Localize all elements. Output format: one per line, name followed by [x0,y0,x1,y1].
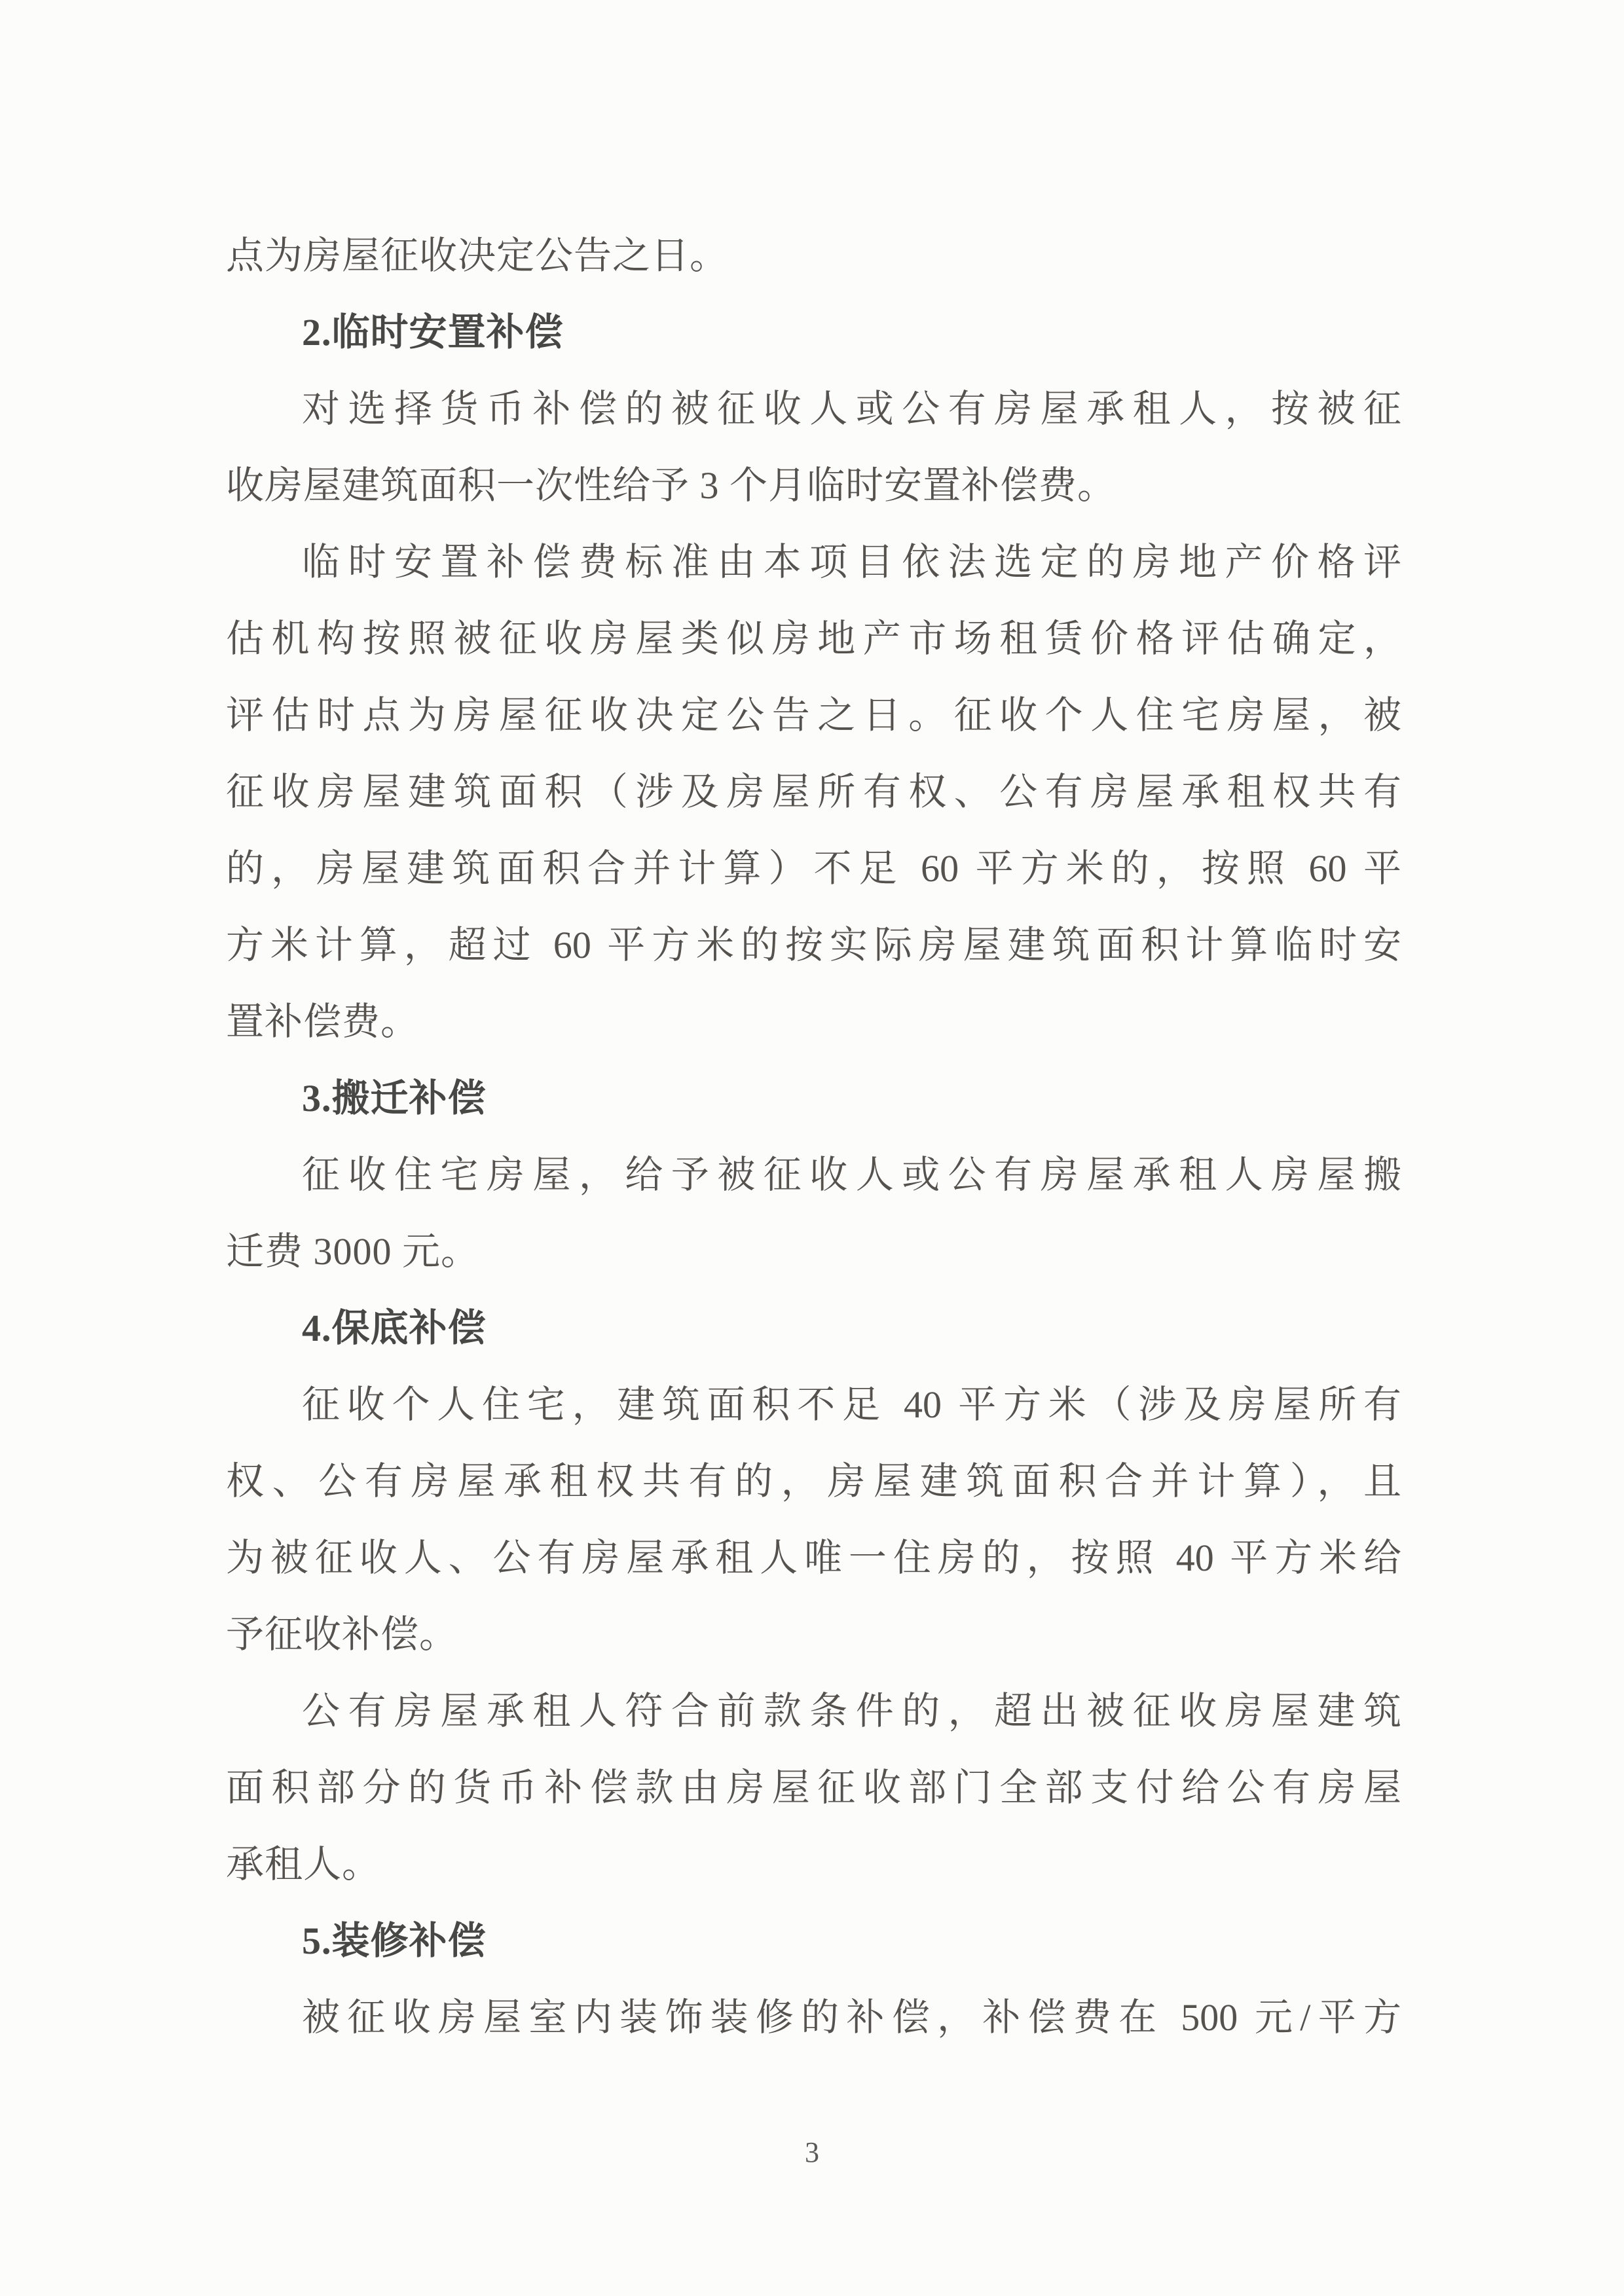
text-line: 方米计算，超过 60 平方米的按实际房屋建筑面积计算临时安 [226,907,1401,983]
text-line: 的，房屋建筑面积合并计算）不足 60 平方米的，按照 60 平 [226,830,1401,907]
section-heading-temporary-resettlement: 2.临时安置补偿 [226,294,1401,371]
text-line: 点为房屋征收决定公告之日。 [226,217,1401,294]
text-line: 临时安置补偿费标准由本项目依法选定的房地产价格评 [226,524,1401,600]
text-line: 公有房屋承租人符合前款条件的，超出被征收房屋建筑 [226,1673,1401,1749]
text-line: 承租人。 [226,1826,1401,1903]
text-line: 评估时点为房屋征收决定公告之日。征收个人住宅房屋，被 [226,677,1401,754]
page-number: 3 [0,2133,1624,2172]
text-line: 迁费 3000 元。 [226,1213,1401,1290]
text-line: 为被征收人、公有房屋承租人唯一住房的，按照 40 平方米给 [226,1520,1401,1596]
text-line: 收房屋建筑面积一次性给予 3 个月临时安置补偿费。 [226,447,1401,524]
text-line: 权、公有房屋承租权共有的，房屋建筑面积合并计算），且 [226,1443,1401,1520]
text-line: 对选择货币补偿的被征收人或公有房屋承租人，按被征 [226,371,1401,447]
document-page: 点为房屋征收决定公告之日。 2.临时安置补偿 对选择货币补偿的被征收人或公有房屋… [0,0,1624,2296]
text-line: 征收住宅房屋，给予被征收人或公有房屋承租人房屋搬 [226,1137,1401,1213]
text-line: 估机构按照被征收房屋类似房地产市场租赁价格评估确定， [226,600,1401,677]
text-line: 面积部分的货币补偿款由房屋征收部门全部支付给公有房屋 [226,1749,1401,1826]
section-heading-relocation: 3.搬迁补偿 [226,1060,1401,1137]
section-heading-decoration: 5.装修补偿 [226,1903,1401,1979]
text-line: 被征收房屋室内装饰装修的补偿，补偿费在 500 元/平方 [226,1979,1401,2056]
text-line: 征收个人住宅，建筑面积不足 40 平方米（涉及房屋所有 [226,1366,1401,1443]
text-line: 征收房屋建筑面积（涉及房屋所有权、公有房屋承租权共有 [226,754,1401,830]
document-text-block: 点为房屋征收决定公告之日。 2.临时安置补偿 对选择货币补偿的被征收人或公有房屋… [226,217,1401,2056]
text-line: 予征收补偿。 [226,1596,1401,1673]
text-line: 置补偿费。 [226,983,1401,1060]
section-heading-minimum-compensation: 4.保底补偿 [226,1290,1401,1366]
